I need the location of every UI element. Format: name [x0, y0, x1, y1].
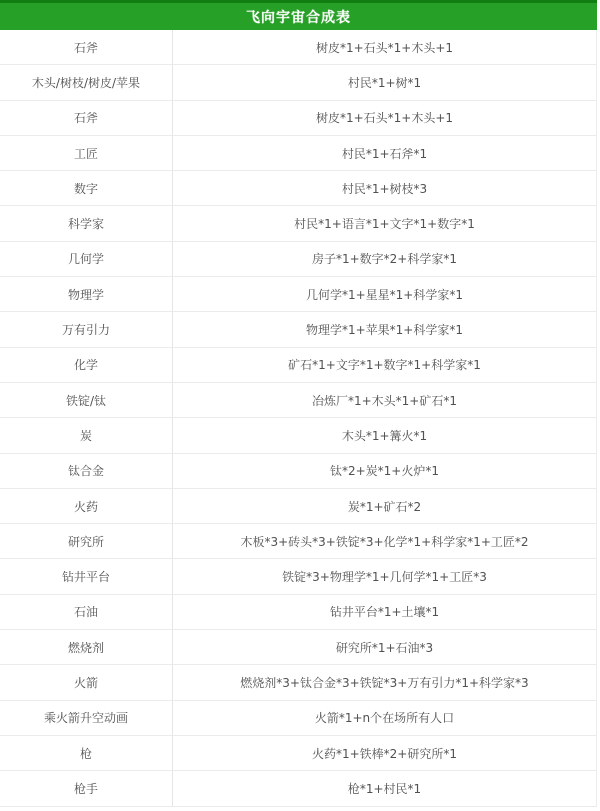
recipe-cell: 村民*1+树枝*3 — [173, 171, 596, 205]
crafting-table: 飞向宇宙合成表 石斧树皮*1+石头*1+木头+1木头/树枝/树皮/苹果村民*1+… — [0, 0, 597, 807]
recipe-cell: 燃烧剂*3+钛合金*3+铁锭*3+万有引力*1+科学家*3 — [173, 665, 596, 699]
table-row: 工匠村民*1+石斧*1 — [0, 136, 596, 171]
table-row: 研究所木板*3+砖头*3+铁锭*3+化学*1+科学家*1+工匠*2 — [0, 524, 596, 559]
recipe-cell: 火箭*1+n个在场所有人口 — [173, 701, 596, 735]
item-cell: 石油 — [0, 595, 173, 629]
recipe-cell: 木头*1+篝火*1 — [173, 418, 596, 452]
table-row: 石斧树皮*1+石头*1+木头+1 — [0, 30, 596, 65]
table-header: 飞向宇宙合成表 — [0, 0, 597, 30]
recipe-cell: 枪*1+村民*1 — [173, 771, 596, 805]
item-cell: 万有引力 — [0, 312, 173, 346]
item-cell: 枪手 — [0, 771, 173, 805]
table-row: 枪火药*1+铁棒*2+研究所*1 — [0, 736, 596, 771]
table-row: 炭木头*1+篝火*1 — [0, 418, 596, 453]
table-row: 钛合金钛*2+炭*1+火炉*1 — [0, 454, 596, 489]
item-cell: 科学家 — [0, 206, 173, 240]
table-row: 木头/树枝/树皮/苹果村民*1+树*1 — [0, 65, 596, 100]
item-cell: 钻井平台 — [0, 559, 173, 593]
table-row: 石斧树皮*1+石头*1+木头+1 — [0, 101, 596, 136]
item-cell: 枪 — [0, 736, 173, 770]
table-row: 乘火箭升空动画火箭*1+n个在场所有人口 — [0, 701, 596, 736]
table-row: 化学矿石*1+文字*1+数字*1+科学家*1 — [0, 348, 596, 383]
item-cell: 几何学 — [0, 242, 173, 276]
recipe-cell: 火药*1+铁棒*2+研究所*1 — [173, 736, 596, 770]
table-row: 数字村民*1+树枝*3 — [0, 171, 596, 206]
item-cell: 石斧 — [0, 30, 173, 64]
recipe-cell: 铁锭*3+物理学*1+几何学*1+工匠*3 — [173, 559, 596, 593]
table-row: 火药炭*1+矿石*2 — [0, 489, 596, 524]
item-cell: 乘火箭升空动画 — [0, 701, 173, 735]
recipe-cell: 村民*1+石斧*1 — [173, 136, 596, 170]
crafting-table-page: 飞向宇宙合成表 石斧树皮*1+石头*1+木头+1木头/树枝/树皮/苹果村民*1+… — [0, 0, 600, 811]
table-row: 枪手枪*1+村民*1 — [0, 771, 596, 806]
page-title: 飞向宇宙合成表 — [246, 7, 351, 27]
table-body: 石斧树皮*1+石头*1+木头+1木头/树枝/树皮/苹果村民*1+树*1石斧树皮*… — [0, 30, 597, 807]
table-row: 科学家村民*1+语言*1+文字*1+数字*1 — [0, 206, 596, 241]
item-cell: 火药 — [0, 489, 173, 523]
recipe-cell: 研究所*1+石油*3 — [173, 630, 596, 664]
table-row: 几何学房子*1+数字*2+科学家*1 — [0, 242, 596, 277]
recipe-cell: 炭*1+矿石*2 — [173, 489, 596, 523]
item-cell: 数字 — [0, 171, 173, 205]
recipe-cell: 几何学*1+星星*1+科学家*1 — [173, 277, 596, 311]
item-cell: 炭 — [0, 418, 173, 452]
recipe-cell: 物理学*1+苹果*1+科学家*1 — [173, 312, 596, 346]
item-cell: 研究所 — [0, 524, 173, 558]
recipe-cell: 树皮*1+石头*1+木头+1 — [173, 101, 596, 135]
recipe-cell: 钻井平台*1+土壤*1 — [173, 595, 596, 629]
recipe-cell: 村民*1+树*1 — [173, 65, 596, 99]
table-row: 火箭燃烧剂*3+钛合金*3+铁锭*3+万有引力*1+科学家*3 — [0, 665, 596, 700]
recipe-cell: 房子*1+数字*2+科学家*1 — [173, 242, 596, 276]
item-cell: 化学 — [0, 348, 173, 382]
table-row: 铁锭/钛冶炼厂*1+木头*1+矿石*1 — [0, 383, 596, 418]
item-cell: 钛合金 — [0, 454, 173, 488]
recipe-cell: 木板*3+砖头*3+铁锭*3+化学*1+科学家*1+工匠*2 — [173, 524, 596, 558]
item-cell: 木头/树枝/树皮/苹果 — [0, 65, 173, 99]
item-cell: 物理学 — [0, 277, 173, 311]
recipe-cell: 村民*1+语言*1+文字*1+数字*1 — [173, 206, 596, 240]
table-row: 万有引力物理学*1+苹果*1+科学家*1 — [0, 312, 596, 347]
recipe-cell: 树皮*1+石头*1+木头+1 — [173, 30, 596, 64]
recipe-cell: 钛*2+炭*1+火炉*1 — [173, 454, 596, 488]
item-cell: 工匠 — [0, 136, 173, 170]
item-cell: 铁锭/钛 — [0, 383, 173, 417]
table-row: 石油钻井平台*1+土壤*1 — [0, 595, 596, 630]
item-cell: 火箭 — [0, 665, 173, 699]
recipe-cell: 冶炼厂*1+木头*1+矿石*1 — [173, 383, 596, 417]
table-row: 钻井平台铁锭*3+物理学*1+几何学*1+工匠*3 — [0, 559, 596, 594]
table-row: 物理学几何学*1+星星*1+科学家*1 — [0, 277, 596, 312]
recipe-cell: 矿石*1+文字*1+数字*1+科学家*1 — [173, 348, 596, 382]
item-cell: 燃烧剂 — [0, 630, 173, 664]
table-row: 燃烧剂研究所*1+石油*3 — [0, 630, 596, 665]
item-cell: 石斧 — [0, 101, 173, 135]
